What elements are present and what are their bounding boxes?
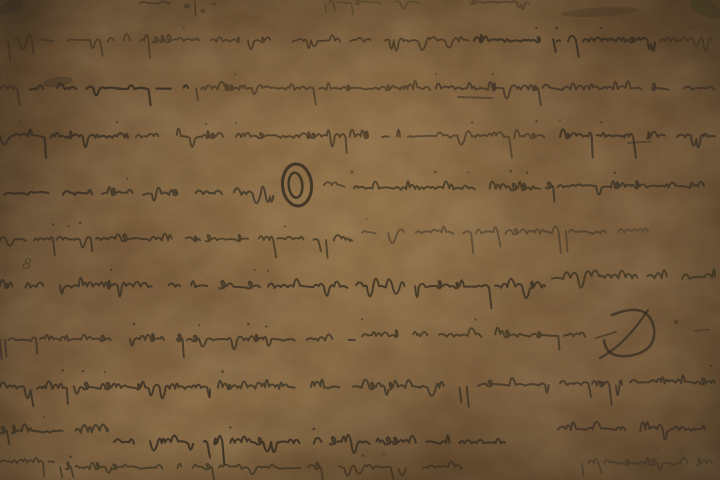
- diacritic-dot: [7, 75, 9, 77]
- diacritic-dot: [535, 27, 537, 29]
- diacritic-dot: [600, 121, 602, 123]
- diacritic-dot: [104, 371, 106, 373]
- diacritic-dot: [614, 172, 617, 175]
- diacritic-dot: [559, 119, 561, 121]
- diacritic-dot: [247, 323, 250, 326]
- diacritic-dot: [361, 318, 363, 320]
- diacritic-dot: [221, 370, 224, 373]
- diacritic-dot: [535, 120, 538, 123]
- diacritic-dot: [284, 225, 286, 227]
- diacritic-dot: [467, 172, 469, 174]
- diacritic-dot: [133, 323, 136, 326]
- ink-blot: [212, 3, 216, 6]
- ink-blot: [201, 9, 206, 13]
- diacritic-dot: [267, 270, 269, 272]
- ink-dash: [458, 97, 492, 98]
- diacritic-dot: [710, 365, 712, 367]
- diacritic-dot: [116, 121, 118, 123]
- diacritic-dot: [526, 171, 529, 174]
- diacritic-dot: [82, 370, 84, 372]
- ink-dot: [350, 170, 353, 173]
- diacritic-dot: [229, 426, 231, 428]
- manuscript-overlay: 8: [0, 0, 720, 480]
- diacritic-dot: [67, 225, 69, 227]
- diacritic-dot: [235, 122, 237, 124]
- diacritic-dot: [434, 171, 437, 174]
- diacritic-dot: [79, 222, 82, 225]
- diacritic-dot: [110, 269, 112, 271]
- diacritic-dot: [254, 269, 256, 271]
- ink-dot: [674, 320, 678, 324]
- diacritic-dot: [679, 450, 681, 452]
- diacritic-dot: [126, 178, 128, 180]
- diacritic-dot: [182, 26, 184, 28]
- ink-blot: [184, 4, 191, 9]
- diacritic-dot: [383, 453, 385, 455]
- diacritic-dot: [43, 416, 45, 418]
- diacritic-dot: [19, 120, 21, 122]
- diacritic-dot: [265, 325, 267, 327]
- diacritic-dot: [555, 27, 558, 30]
- diacritic-dot: [492, 73, 494, 75]
- diacritic-dot: [205, 123, 207, 125]
- diacritic-dot: [62, 369, 64, 371]
- diacritic-dot: [657, 449, 659, 451]
- diacritic-dot: [435, 73, 437, 75]
- diacritic-dot: [692, 26, 694, 28]
- diacritic-dot: [471, 121, 474, 124]
- diacritic-dot: [52, 223, 55, 226]
- diacritic-dot: [234, 73, 236, 75]
- manuscript-photo: 8: [0, 0, 720, 480]
- diacritic-dot: [312, 428, 315, 431]
- diacritic-dot: [365, 218, 367, 220]
- diacritic-dot: [362, 454, 365, 457]
- diacritic-dot: [198, 324, 200, 326]
- diacritic-dot: [69, 455, 72, 458]
- diacritic-dot: [600, 27, 603, 30]
- diacritic-dot: [509, 170, 512, 173]
- diacritic-dot: [474, 318, 476, 320]
